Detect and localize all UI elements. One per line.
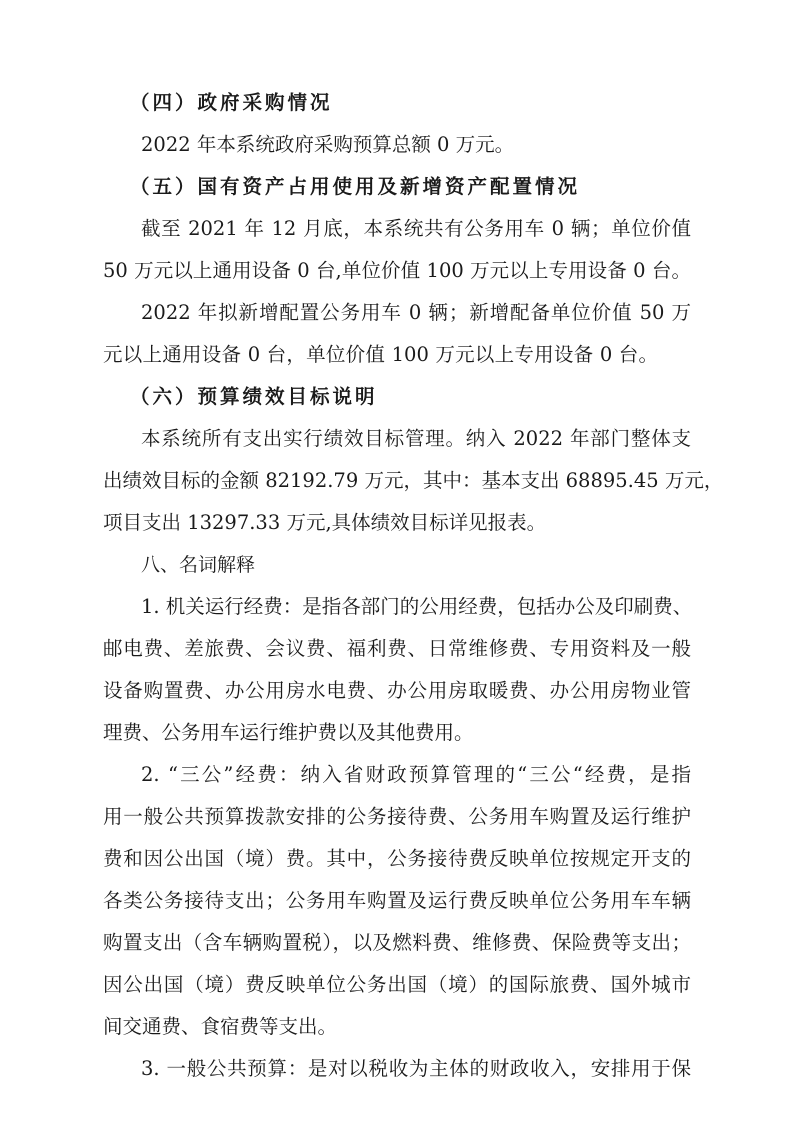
paragraph-line: 2. “三公”经费：纳入省财政预算管理的“三公“经费，是指 — [141, 762, 691, 788]
paragraph-line: 间交通费、食宿费等支出。 — [103, 1014, 691, 1040]
paragraph-line: 截至 2021 年 12 月底，本系统共有公务用车 0 辆；单位价值 — [141, 216, 691, 242]
paragraph-line: 用一般公共预算拨款安排的公务接待费、公务用车购置及运行维护 — [103, 804, 691, 830]
paragraph-line: 出绩效目标的金额 82192.79 万元，其中：基本支出 68895.45 万元… — [103, 468, 691, 494]
paragraph-line: 本系统所有支出实行绩效目标管理。纳入 2022 年部门整体支 — [141, 426, 691, 452]
paragraph-line: 邮电费、差旅费、会议费、福利费、日常维修费、专用资料及一般 — [103, 636, 691, 662]
document-page: （四）政府采购情况 2022 年本系统政府采购预算总额 0 万元。 （五）国有资… — [0, 0, 793, 1122]
paragraph-line: 3. 一般公共预算：是对以税收为主体的财政收入，安排用于保 — [141, 1056, 691, 1082]
paragraph-line: 设备购置费、办公用房水电费、办公用房取暖费、办公用房物业管 — [103, 678, 691, 704]
paragraph-line: 1. 机关运行经费：是指各部门的公用经费，包括办公及印刷费、 — [141, 594, 691, 620]
paragraph-line: 各类公务接待支出；公务用车购置及运行费反映单位公务用车车辆 — [103, 888, 691, 914]
section-heading-government-procurement: （四）政府采购情况 — [130, 90, 718, 116]
section-heading-state-assets: （五）国有资产占用使用及新增资产配置情况 — [130, 174, 718, 200]
paragraph-line: 费和因公出国（境）费。其中，公务接待费反映单位按规定开支的 — [103, 846, 691, 872]
paragraph-line: 理费、公务用车运行维护费以及其他费用。 — [103, 720, 691, 746]
paragraph-line: 2022 年本系统政府采购预算总额 0 万元。 — [141, 132, 691, 158]
paragraph-line: 50 万元以上通用设备 0 台,单位价值 100 万元以上专用设备 0 台。 — [103, 258, 691, 284]
paragraph-line: 2022 年拟新增配置公务用车 0 辆；新增配备单位价值 50 万 — [141, 300, 691, 326]
paragraph-line: 购置支出（含车辆购置税），以及燃料费、维修费、保险费等支出； — [103, 930, 691, 956]
section-heading-performance-targets: （六）预算绩效目标说明 — [130, 384, 718, 410]
paragraph-line: 项目支出 13297.33 万元,具体绩效目标详见报表。 — [103, 510, 691, 536]
section-heading-glossary: 八、名词解释 — [141, 552, 691, 578]
paragraph-line: 因公出国（境）费反映单位公务出国（境）的国际旅费、国外城市 — [103, 972, 691, 998]
paragraph-line: 元以上通用设备 0 台，单位价值 100 万元以上专用设备 0 台。 — [103, 342, 658, 368]
